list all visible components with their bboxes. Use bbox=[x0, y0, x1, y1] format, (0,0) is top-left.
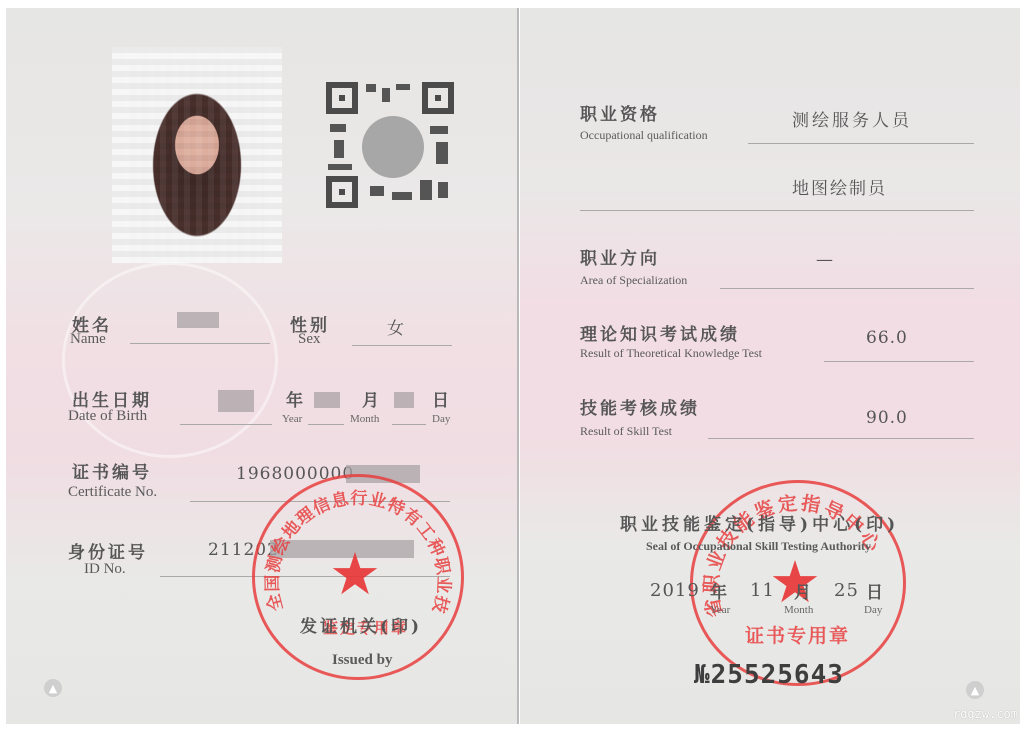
occupational-qualification-label-zh: 职业资格 bbox=[580, 100, 660, 125]
name-label-en: Name bbox=[70, 331, 106, 348]
issue-day-zh: 日 bbox=[866, 578, 886, 603]
issue-year-zh: 年 bbox=[710, 578, 730, 603]
skill-result-label-zh: 技能考核成绩 bbox=[580, 394, 700, 419]
skill-result-value: 90.0 bbox=[866, 408, 908, 428]
dob-day-zh: 日 bbox=[432, 386, 452, 411]
id-no-label-zh: 身份证号 bbox=[68, 538, 148, 563]
issue-day-en: Day bbox=[864, 604, 882, 616]
dob-month-en: Month bbox=[350, 413, 379, 425]
nav-arrow-icon: ▲ bbox=[966, 681, 984, 699]
name-value-redacted bbox=[177, 312, 219, 328]
theory-result-value: 66.0 bbox=[866, 328, 908, 348]
star-icon: ★ bbox=[329, 545, 381, 603]
issue-month-zh: 月 bbox=[794, 578, 814, 603]
nav-arrow-icon: ▲ bbox=[44, 679, 62, 697]
dob-day-redacted bbox=[394, 392, 414, 408]
dob-label-en: Date of Birth bbox=[68, 408, 147, 425]
seal-bottom-text: 证书专用章 bbox=[745, 621, 850, 648]
issue-year: 2019 bbox=[650, 580, 700, 601]
embossed-seal bbox=[62, 262, 278, 458]
occupational-qualification-label-en: Occupational qualification bbox=[580, 128, 708, 143]
book-spine bbox=[517, 8, 519, 724]
skill-result-label-en: Result of Skill Test bbox=[580, 424, 672, 439]
dob-day-en: Day bbox=[432, 413, 450, 425]
issue-day: 25 bbox=[834, 580, 859, 601]
theory-result-label-zh: 理论知识考试成绩 bbox=[580, 320, 740, 345]
issued-by-label-en: Issued by bbox=[332, 652, 392, 669]
dob-year-zh: 年 bbox=[286, 386, 306, 411]
occupational-qualification-value-1: 测绘服务人员 bbox=[792, 106, 912, 131]
portrait-photo bbox=[112, 47, 282, 263]
id-no-label-en: ID No. bbox=[84, 561, 126, 578]
occupational-qualification-value-2: 地图绘制员 bbox=[792, 174, 887, 199]
issuing-authority-seal: 全国测绘地理信息行业特有工种职业技能鉴定 ★ 鉴定专用章 bbox=[252, 474, 464, 680]
theory-result-label-en: Result of Theoretical Knowledge Test bbox=[580, 346, 762, 361]
watermark: rdgzw.com bbox=[953, 707, 1018, 721]
certificate-no-label-en: Certificate No. bbox=[68, 484, 157, 501]
issue-year-en: Year bbox=[710, 604, 730, 616]
dob-year-redacted bbox=[218, 390, 254, 412]
issued-by-label-zh: 发证机关(印) bbox=[300, 612, 422, 637]
specialization-label-zh: 职业方向 bbox=[580, 244, 660, 269]
dob-month-zh: 月 bbox=[362, 386, 382, 411]
issue-month: 11 bbox=[750, 580, 775, 601]
dob-year-en: Year bbox=[282, 413, 302, 425]
authority-label-en: Seal of Occupational Skill Testing Autho… bbox=[646, 539, 871, 554]
specialization-value: — bbox=[816, 250, 834, 270]
authority-label-zh: 职业技能鉴定(指导)中心(印) bbox=[620, 510, 899, 535]
qr-code bbox=[326, 82, 454, 208]
sex-label-en: Sex bbox=[298, 331, 321, 348]
specialization-label-en: Area of Specialization bbox=[580, 273, 687, 288]
issue-month-en: Month bbox=[784, 604, 813, 616]
certificate-no-label-zh: 证书编号 bbox=[72, 458, 152, 483]
sex-value: 女 bbox=[387, 314, 405, 339]
dob-month-redacted bbox=[314, 392, 340, 408]
serial-number: №25525643 bbox=[694, 660, 844, 690]
